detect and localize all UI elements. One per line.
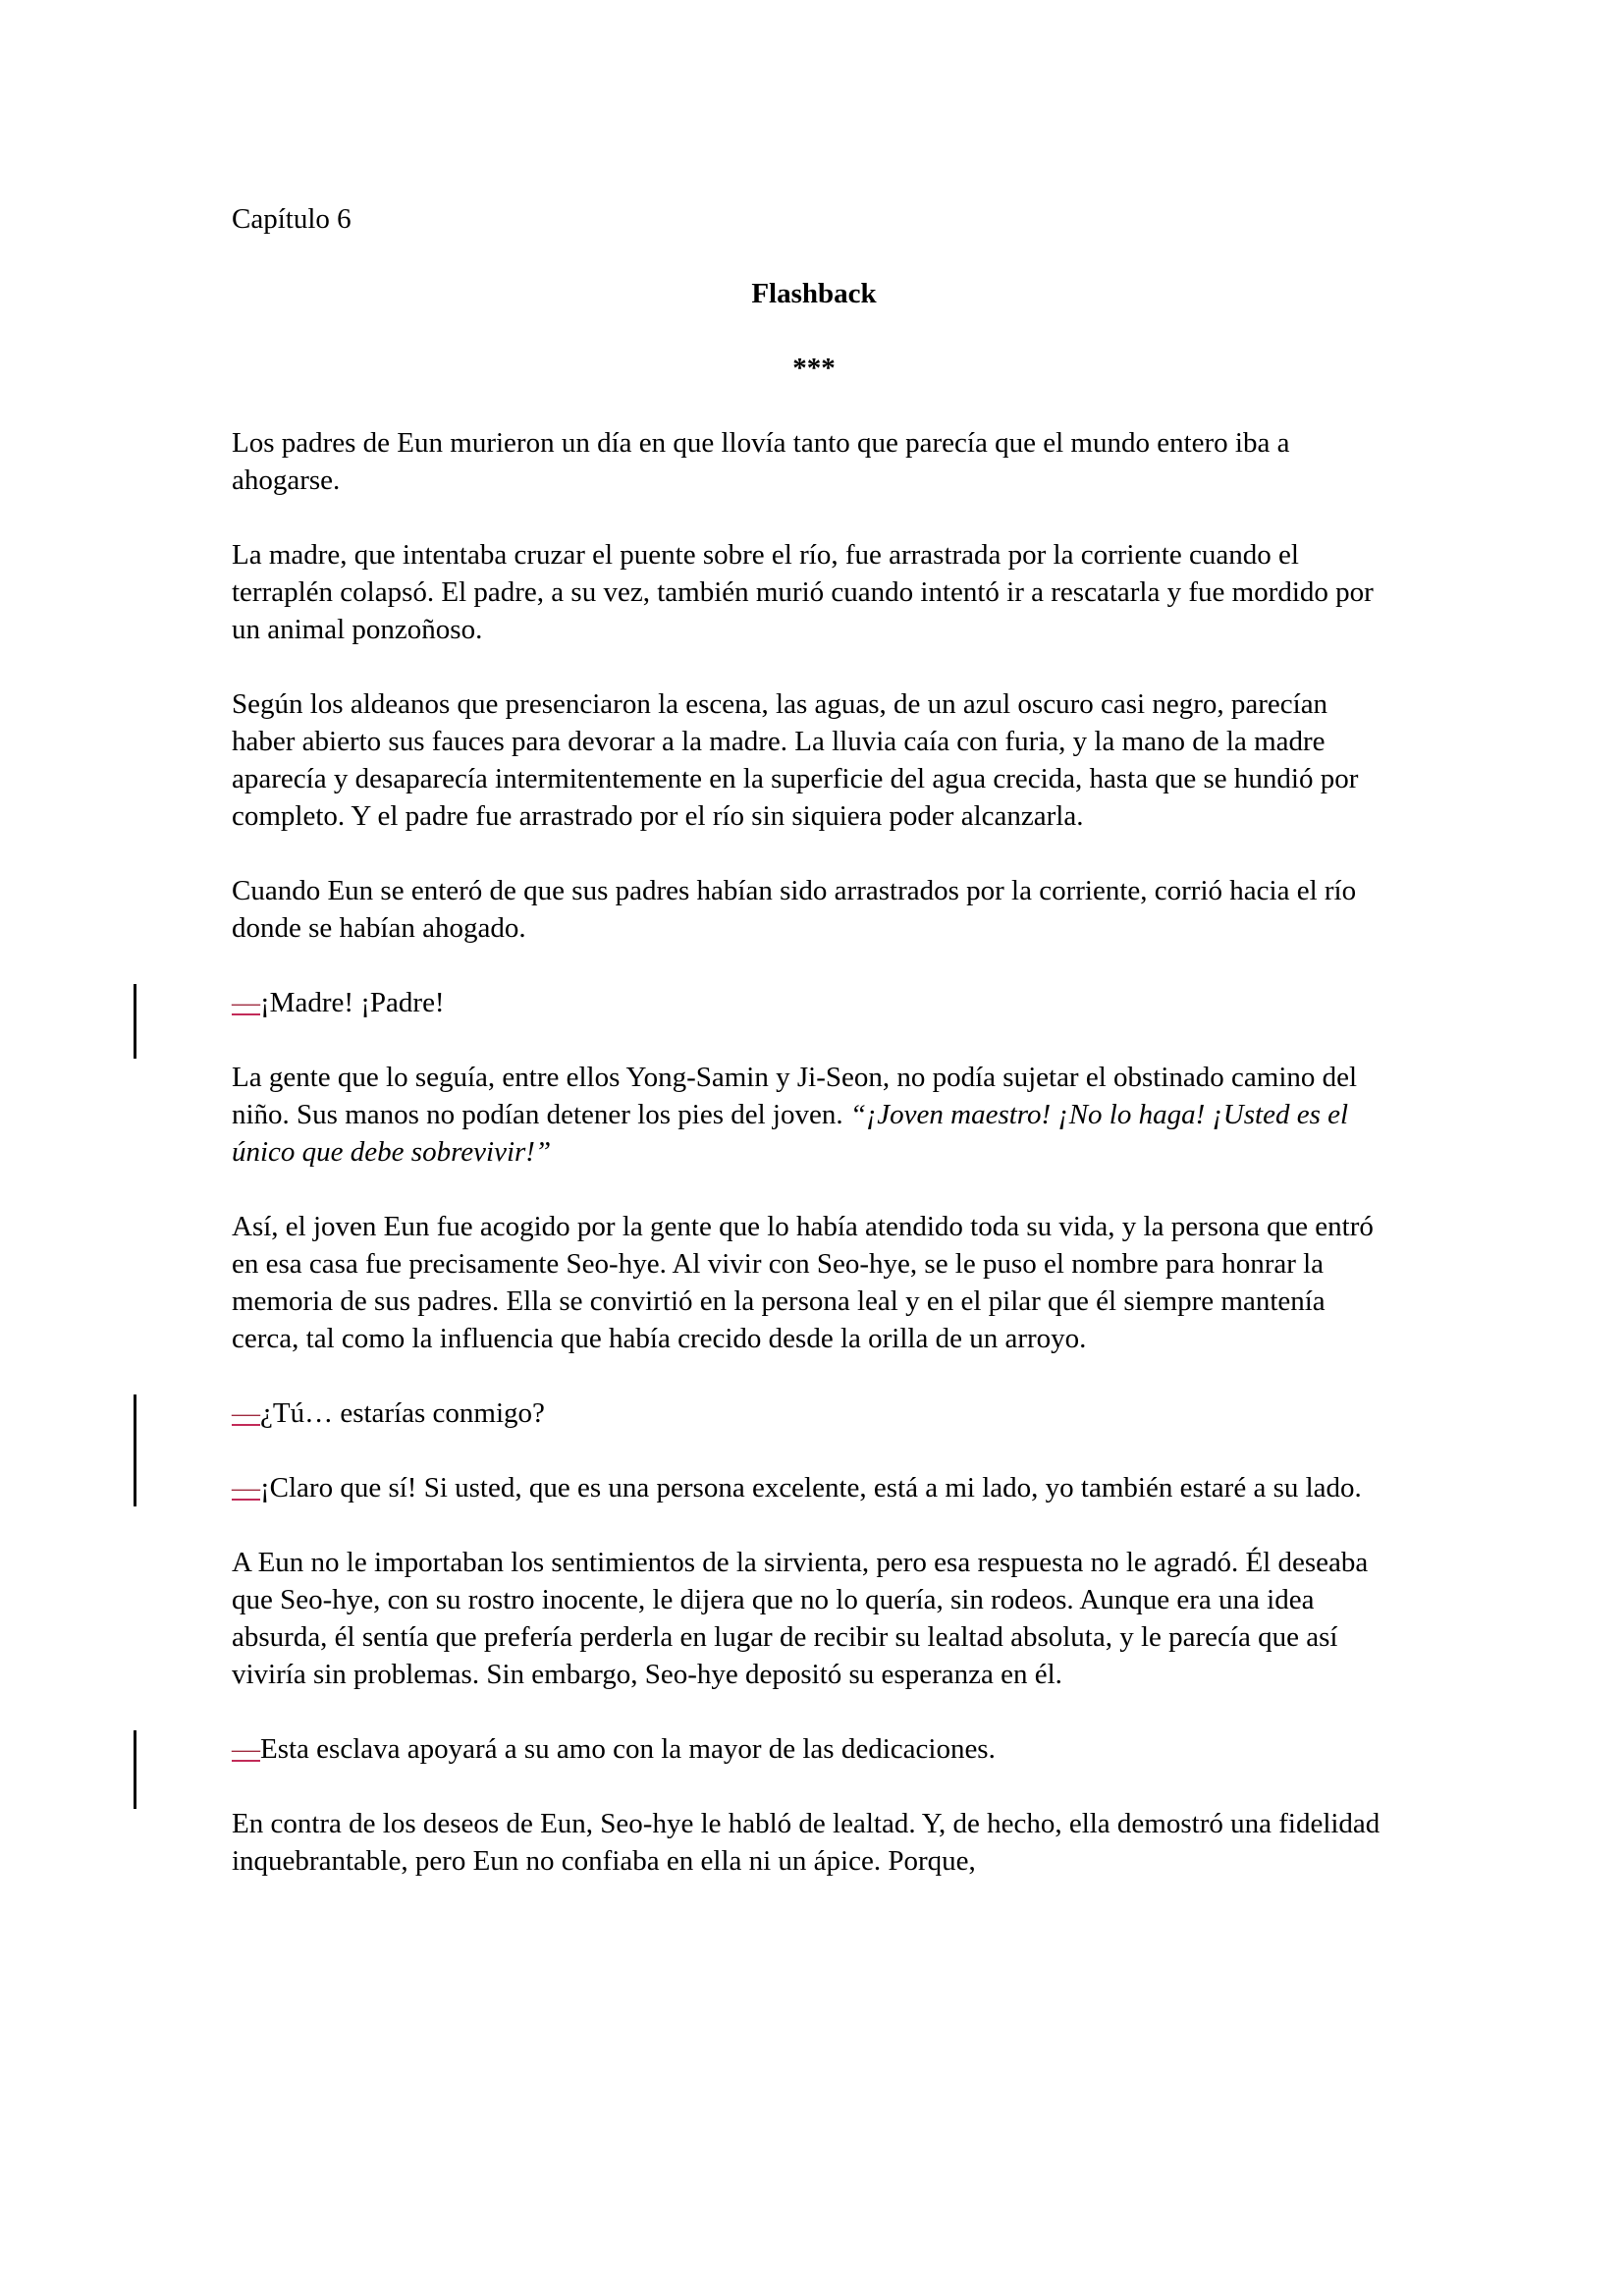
dialogue-text: ¡Madre! ¡Padre! (260, 987, 445, 1018)
tracked-change-dash: — (232, 1397, 260, 1429)
paragraph: Cuando Eun se enteró de que sus padres h… (232, 872, 1396, 947)
paragraph: En contra de los deseos de Eun, Seo-hye … (232, 1805, 1396, 1880)
document-page: Capítulo 6 Flashback *** Los padres de E… (0, 0, 1624, 2296)
dialogue-text: ¡Claro que sí! Si usted, que es una pers… (260, 1472, 1362, 1503)
dialogue-line: —Esta esclava apoyará a su amo con la ma… (232, 1730, 1396, 1768)
revision-change-bar (134, 1730, 136, 1809)
paragraph: Según los aldeanos que presenciaron la e… (232, 685, 1396, 835)
paragraph: La gente que lo seguía, entre ellos Yong… (232, 1059, 1396, 1171)
chapter-heading: Capítulo 6 (232, 200, 1396, 238)
paragraph: Los padres de Eun murieron un día en que… (232, 424, 1396, 499)
revision-change-bar (134, 1394, 136, 1506)
paragraph: La madre, que intentaba cruzar el puente… (232, 536, 1396, 648)
dialogue-text: ¿Tú… estarías conmigo? (260, 1397, 545, 1429)
page-content: Capítulo 6 Flashback *** Los padres de E… (232, 200, 1396, 1917)
tracked-change-dash: — (232, 1733, 260, 1765)
tracked-change-dash: — (232, 1472, 260, 1503)
dialogue-line: —¿Tú… estarías conmigo? (232, 1394, 1396, 1432)
paragraph: Así, el joven Eun fue acogido por la gen… (232, 1208, 1396, 1357)
revision-change-bar (134, 984, 136, 1059)
paragraph: A Eun no le importaban los sentimientos … (232, 1544, 1396, 1693)
dialogue-line: —¡Madre! ¡Padre! (232, 984, 1396, 1021)
section-title: Flashback (232, 275, 1396, 312)
dialogue-line: —¡Claro que sí! Si usted, que es una per… (232, 1469, 1396, 1506)
dialogue-text: Esta esclava apoyará a su amo con la may… (260, 1733, 996, 1765)
tracked-change-dash: — (232, 987, 260, 1018)
scene-separator: *** (232, 350, 1396, 387)
